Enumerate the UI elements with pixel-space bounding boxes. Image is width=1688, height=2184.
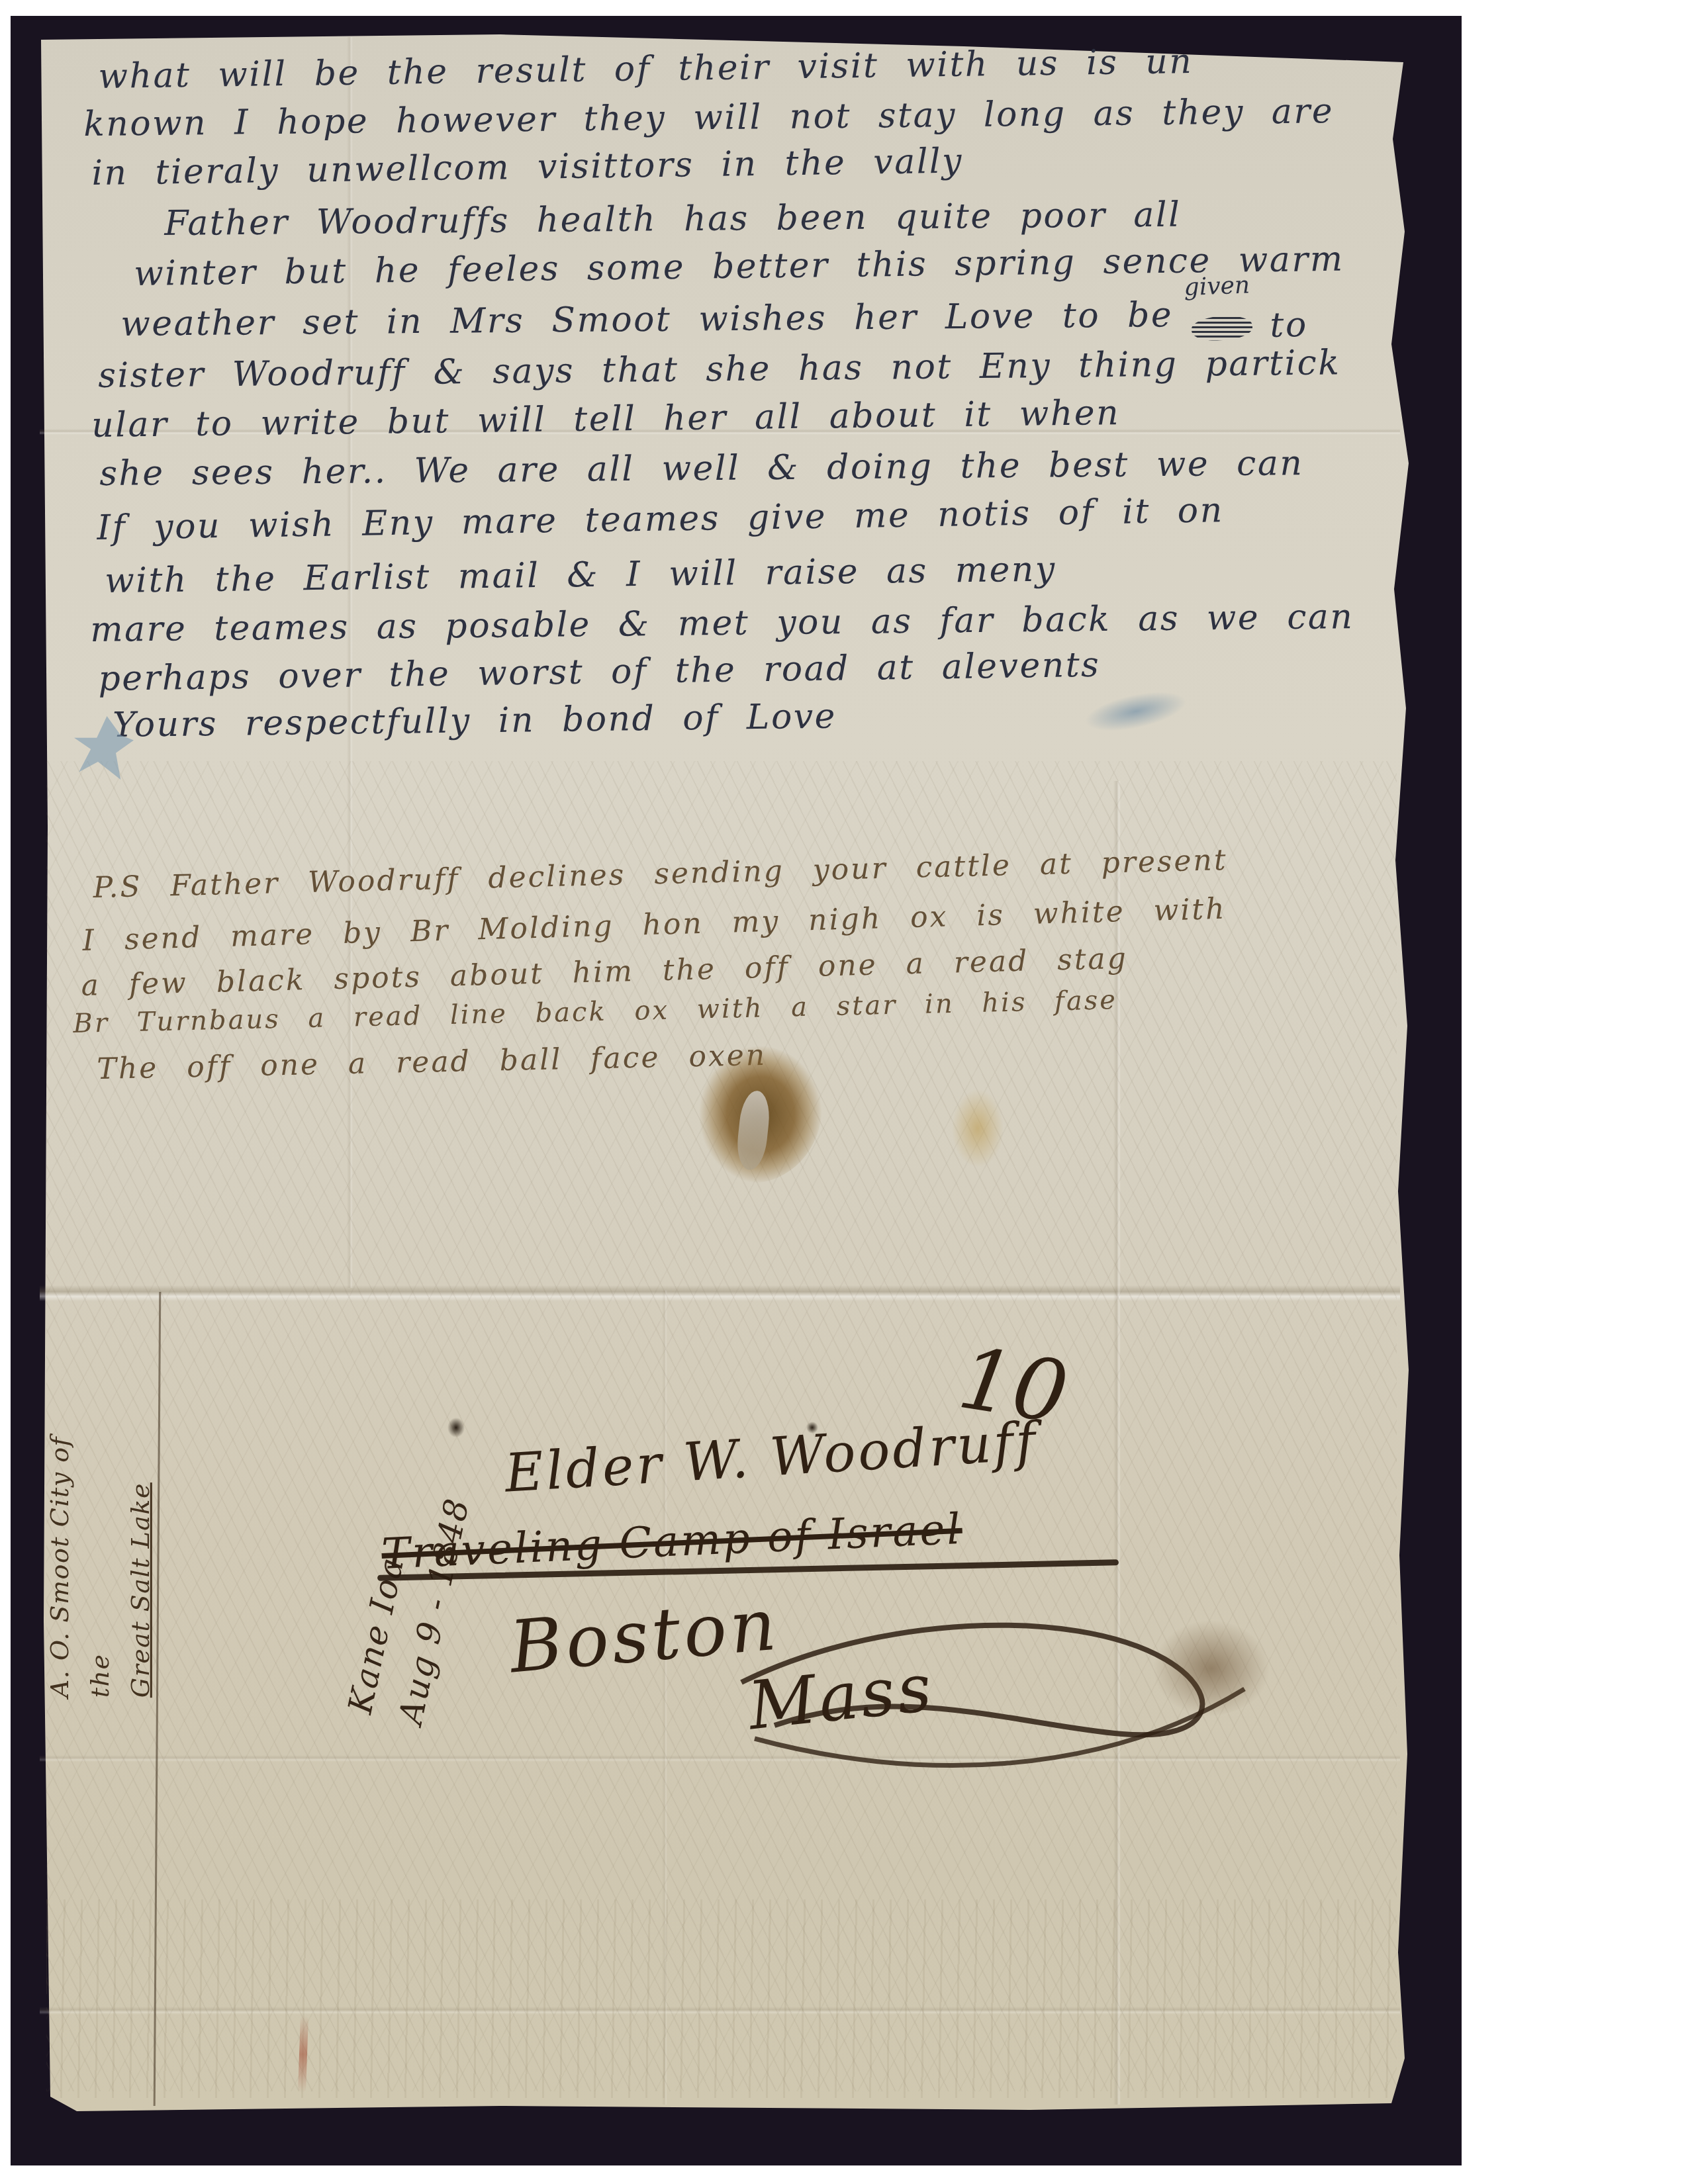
- paper-streak-texture: [46, 1899, 1397, 2098]
- scanned-letter-page: what will be the result of their visit w…: [0, 0, 1688, 2184]
- ink-blot: [447, 1418, 465, 1437]
- yellow-stain: [952, 1089, 1004, 1167]
- margin-note-place: Great Salt Lake: [120, 1413, 160, 1698]
- ink-blot: [806, 1422, 818, 1433]
- letter-line-tail-word: to: [1270, 305, 1308, 345]
- margin-note-block: A. O. Smoot City of the Great Salt Lake: [40, 1413, 160, 1698]
- margin-note-sender: A. O. Smoot City of the: [40, 1413, 120, 1698]
- inserted-word-above-line: given: [1184, 272, 1250, 301]
